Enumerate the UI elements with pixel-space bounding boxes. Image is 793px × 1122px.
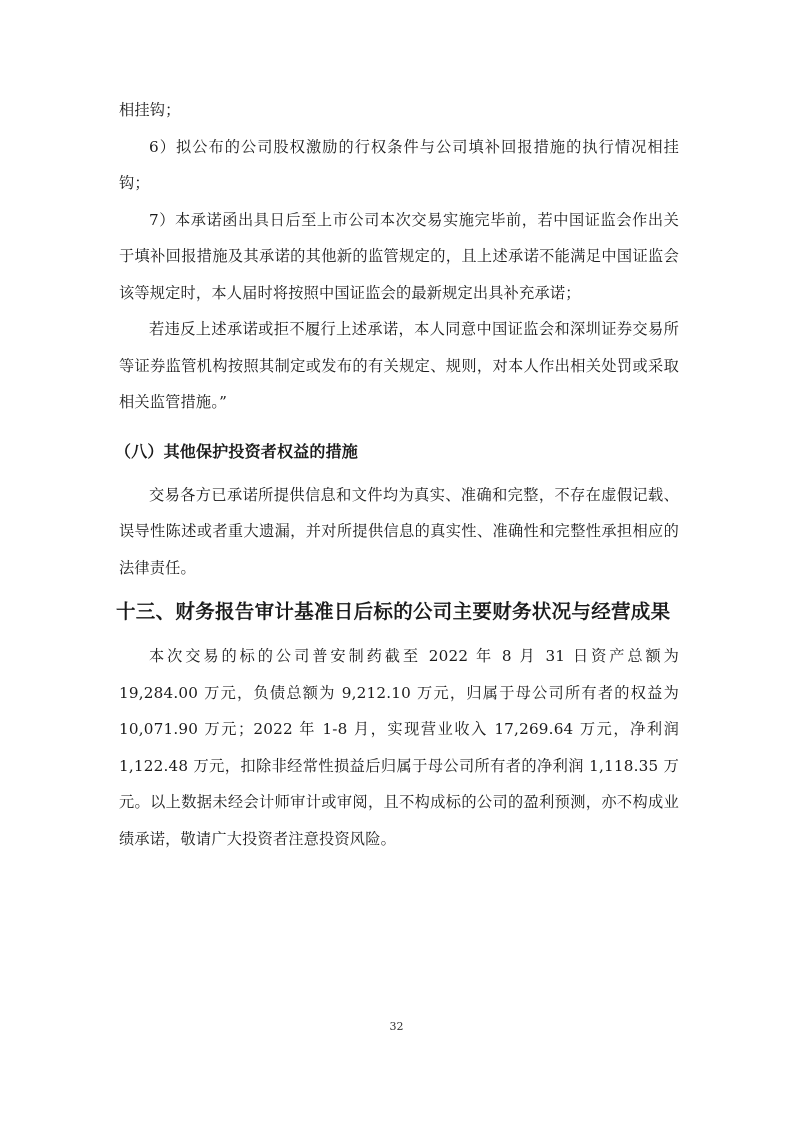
paragraph-continuation: 相挂钩；: [119, 92, 679, 129]
paragraph-commitment-6: 6）拟公布的公司股权激励的行权条件与公司填补回报措施的执行情况相挂钩；: [119, 129, 679, 202]
paragraph-commitment-7: 7）本承诺函出具日后至上市公司本次交易实施完毕前，若中国证监会作出关于填补回报措…: [119, 202, 679, 312]
section-heading-investor-protection: （八）其他保护投资者权益的措施: [115, 441, 679, 463]
paragraph-financial-summary: 本次交易的标的公司普安制药截至 2022 年 8 月 31 日资产总额为 19,…: [119, 638, 679, 857]
page-number: 32: [0, 1020, 793, 1033]
document-page: 相挂钩； 6）拟公布的公司股权激励的行权条件与公司填补回报措施的执行情况相挂钩；…: [0, 0, 793, 1122]
paragraph-violation-clause: 若违反上述承诺或拒不履行上述承诺，本人同意中国证监会和深圳证券交易所等证券监管机…: [119, 311, 679, 421]
page-content: 相挂钩； 6）拟公布的公司股权激励的行权条件与公司填补回报措施的执行情况相挂钩；…: [119, 92, 679, 857]
chapter-heading-post-audit-financials: 十三、财务报告审计基准日后标的公司主要财务状况与经营成果: [116, 598, 679, 626]
paragraph-information-accuracy: 交易各方已承诺所提供信息和文件均为真实、准确和完整，不存在虚假记载、误导性陈述或…: [119, 477, 679, 587]
